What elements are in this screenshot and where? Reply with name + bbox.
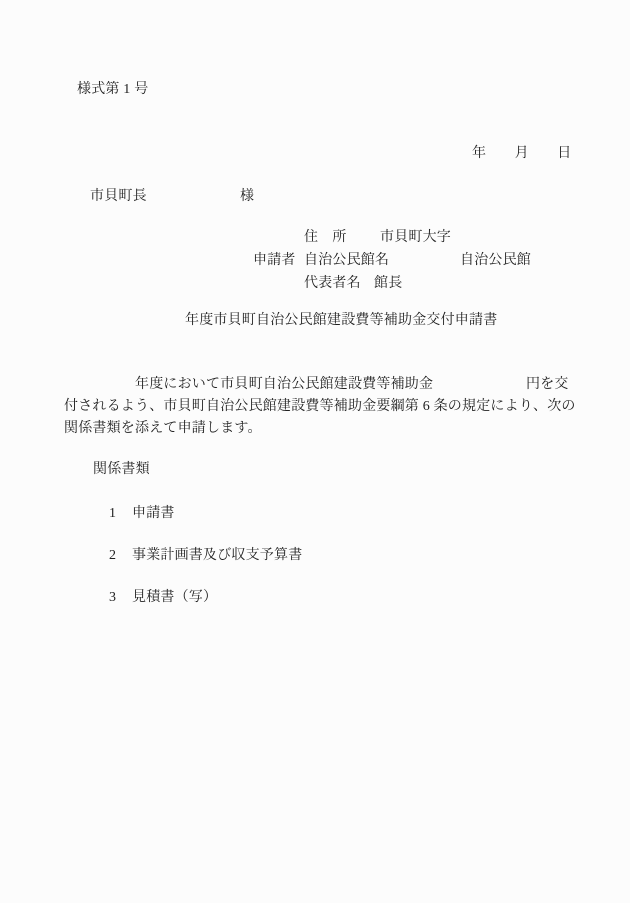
addressee-honorific: 様 [240,189,254,204]
attachment-item-number: 2 [109,548,116,563]
body-line1-left: 年度において市貝町自治公民館建設費等補助金 [135,377,433,392]
body-line3: 関係書類を添えて申請します。 [64,421,262,436]
applicant-address-label: 住 所 [304,230,347,245]
addressee-name: 市貝町長 [90,189,147,204]
applicant-label: 申請者 [253,253,296,268]
applicant-representative-label: 代表者名 [304,276,361,291]
applicant-hall-name-label: 自治公民館名 [304,253,389,268]
date-line: 年 月 日 [472,146,571,161]
attachments-heading: 関係書類 [93,462,150,477]
applicant-address-value: 市貝町大字 [380,230,451,245]
applicant-hall-name-suffix: 自治公民館 [460,253,531,268]
body-line2: 付されるよう、市貝町自治公民館建設費等補助金要綱第 6 条の規定により、次の [64,399,576,414]
attachment-item-label: 申請書 [132,506,175,521]
attachment-item-number: 3 [109,590,116,605]
body-line1-right: 円を交 [526,377,569,392]
applicant-representative-value: 館長 [374,276,402,291]
form-number: 様式第 1 号 [77,82,148,97]
document-title: 年度市貝町自治公民館建設費等補助金交付申請書 [185,313,497,328]
attachment-item-label: 見積書（写） [132,590,217,605]
attachment-item-number: 1 [109,506,116,521]
document-page: 様式第 1 号 年 月 日 市貝町長 様 住 所 市貝町大字 申請者 自治公民館… [0,0,630,903]
attachment-item-label: 事業計画書及び収支予算書 [132,548,302,563]
